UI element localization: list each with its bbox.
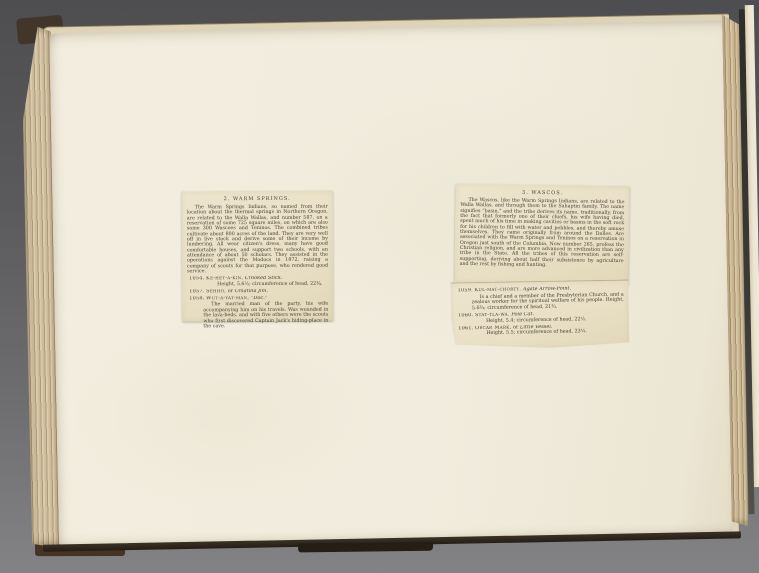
entry-number: 1057. bbox=[189, 288, 204, 294]
entry-translation: Crooked Stick. bbox=[245, 275, 282, 280]
entry-connector: or bbox=[513, 324, 519, 330]
entry-name: Kul-mat-chorty. bbox=[474, 287, 521, 294]
clipping-2-paragraph: The Wascos, like the Warm Springs Indian… bbox=[460, 198, 625, 270]
entry-measurements: Height, 5.5; circumference of head, 23¼. bbox=[486, 329, 624, 337]
entry-number: 1061. bbox=[458, 325, 473, 331]
catalogue-entry: 1057. Sehho, or Umatilla Jim. bbox=[189, 288, 328, 295]
clipping-1-header: 2. WARM SPRINGS. bbox=[187, 196, 328, 203]
entry-translation: Umatilla Jim. bbox=[235, 288, 268, 293]
entry-connector: or bbox=[228, 288, 233, 294]
clipping-warm-springs: 2. WARM SPRINGS. The Warm Springs Indian… bbox=[182, 191, 334, 322]
entry-note: The married man of the party, his wife a… bbox=[203, 302, 328, 330]
album-book bbox=[21, 11, 759, 553]
entry-name: Ke-het-a-kin. bbox=[206, 275, 243, 281]
entry-name: Wut-a-yat-man, bbox=[206, 296, 249, 302]
entry-number: 1058. bbox=[189, 296, 204, 302]
entry-name: Stat-tla-wa. bbox=[475, 311, 510, 318]
entry-translation: Pole Cat. bbox=[511, 311, 534, 317]
entry-number: 1060. bbox=[458, 312, 473, 318]
clipping-2-header: 3. WASCOS. bbox=[461, 189, 625, 197]
entry-number: 1059. bbox=[458, 288, 473, 294]
clipping-wascos-paragraph: 3. WASCOS. The Wascos, like the Warm Spr… bbox=[454, 184, 629, 285]
entry-note: Is a chief and a member of the Presbyter… bbox=[472, 292, 624, 311]
clipping-wascos-entries: 1059. Kul-mat-chorty. Agate Arrow-Point.… bbox=[450, 279, 629, 349]
entry-translation: “Doc.” bbox=[251, 296, 268, 301]
entry-measurements: Height, 5.6½; circumference of head, 22¾… bbox=[217, 281, 328, 287]
entry-translation: Agate Arrow-Point. bbox=[523, 286, 571, 293]
album-page bbox=[49, 21, 733, 545]
clipping-1-paragraph: The Warm Springs Indians, so named from … bbox=[187, 205, 328, 275]
entry-number: 1054. bbox=[189, 275, 204, 281]
entry-name: Sehho, bbox=[206, 288, 226, 294]
